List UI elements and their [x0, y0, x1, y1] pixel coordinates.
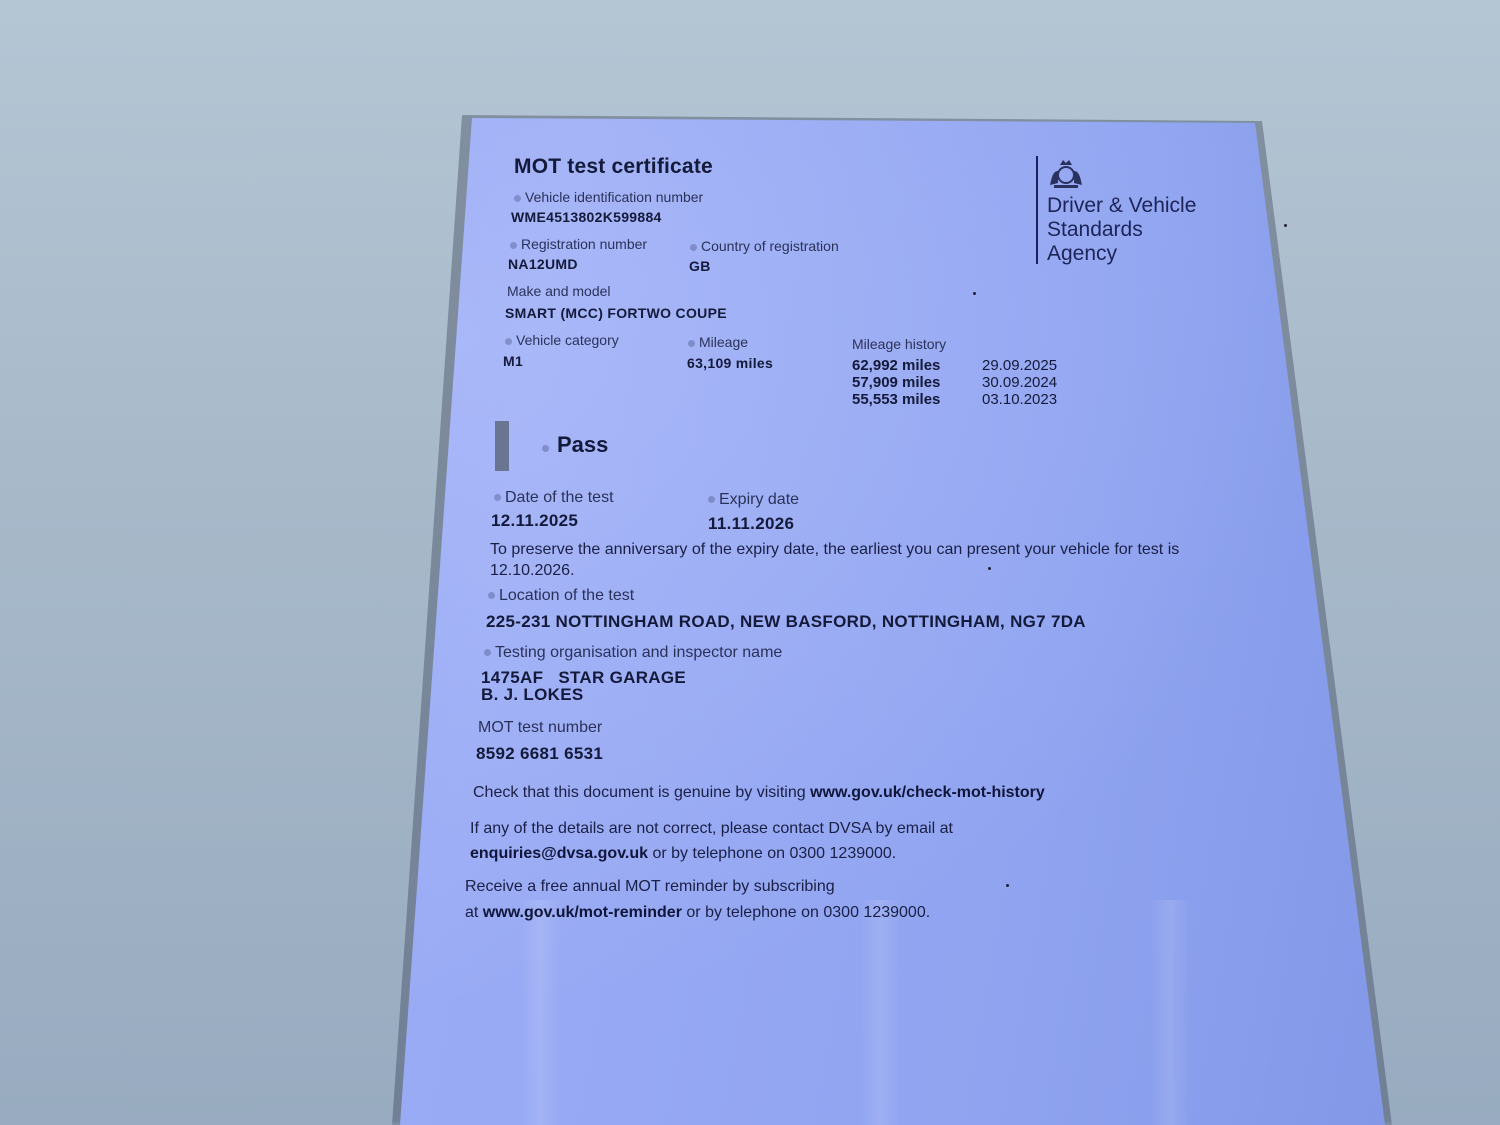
contact-text: If any of the details are not correct, p…: [470, 816, 953, 866]
issuer-line-3: Agency: [1047, 242, 1196, 266]
background-speck: [1284, 224, 1287, 227]
result-indicator-bar: [495, 421, 509, 471]
mileage-history-row: 55,553 miles03.10.2023: [852, 391, 1057, 408]
vin-label: Vehicle identification number: [514, 189, 703, 205]
mileage-label: Mileage: [688, 334, 748, 350]
dvsa-logo-text: Driver & Vehicle Standards Agency: [1047, 194, 1196, 266]
check-mot-history-link: www.gov.uk/check-mot-history: [810, 784, 1045, 801]
test-number-value: 8592 6681 6531: [476, 744, 603, 764]
mileage-history-list: 62,992 miles29.09.2025 57,909 miles30.09…: [852, 357, 1057, 408]
field-number-marker: [510, 242, 517, 249]
expiry-date-value: 11.11.2026: [708, 514, 794, 534]
category-label: Vehicle category: [505, 332, 619, 348]
mileage-history-label: Mileage history: [852, 336, 946, 352]
registration-value: NA12UMD: [508, 256, 578, 272]
category-value: M1: [503, 353, 523, 369]
test-number-label: MOT test number: [478, 719, 602, 737]
field-number-marker: [488, 592, 495, 599]
paper-speck: [988, 567, 991, 570]
mileage-value: 63,109 miles: [687, 355, 773, 371]
field-number-marker: [494, 494, 501, 501]
field-number-marker: [690, 244, 697, 251]
issuer-line-1: Driver & Vehicle: [1047, 194, 1196, 218]
paper-crease: [520, 900, 560, 1125]
paper-speck: [1006, 884, 1009, 887]
make-model-value: SMART (MCC) FORTWO COUPE: [505, 305, 727, 321]
field-number-marker: [484, 649, 491, 656]
test-date-value: 12.11.2025: [491, 511, 578, 531]
anniversary-note: To preserve the anniversary of the expir…: [490, 539, 1230, 581]
country-value: GB: [689, 258, 711, 274]
mot-reminder-link: www.gov.uk/mot-reminder: [483, 904, 682, 921]
reminder-text: Receive a free annual MOT reminder by su…: [465, 874, 930, 926]
inspector-name: B. J. LOKES: [481, 685, 584, 705]
document-title: MOT test certificate: [514, 155, 713, 179]
org-label: Testing organisation and inspector name: [484, 644, 782, 662]
field-number-marker: [542, 440, 553, 458]
logo-divider: [1036, 156, 1038, 264]
field-number-marker: [514, 195, 521, 202]
mileage-history-row: 57,909 miles30.09.2024: [852, 374, 1057, 391]
royal-crest-icon: [1046, 157, 1086, 189]
field-number-marker: [688, 340, 695, 347]
location-value: 225-231 NOTTINGHAM ROAD, NEW BASFORD, NO…: [486, 612, 1086, 632]
expiry-date-label: Expiry date: [708, 491, 799, 509]
location-label: Location of the test: [488, 587, 634, 605]
paper-speck: [973, 292, 976, 295]
country-label: Country of registration: [690, 238, 839, 254]
field-number-marker: [708, 496, 715, 503]
paper-crease: [860, 900, 900, 1125]
mileage-history-row: 62,992 miles29.09.2025: [852, 357, 1057, 374]
test-result: Pass: [557, 432, 608, 458]
test-date-label: Date of the test: [494, 489, 614, 507]
paper-crease: [1150, 900, 1190, 1125]
check-genuine-text: Check that this document is genuine by v…: [473, 782, 1045, 803]
issuer-line-2: Standards: [1047, 218, 1196, 242]
make-model-label: Make and model: [507, 283, 611, 299]
field-number-marker: [505, 338, 512, 345]
vin-value: WME4513802K599884: [511, 209, 662, 225]
contact-email: enquiries@dvsa.gov.uk: [470, 845, 648, 862]
registration-label: Registration number: [510, 236, 647, 252]
